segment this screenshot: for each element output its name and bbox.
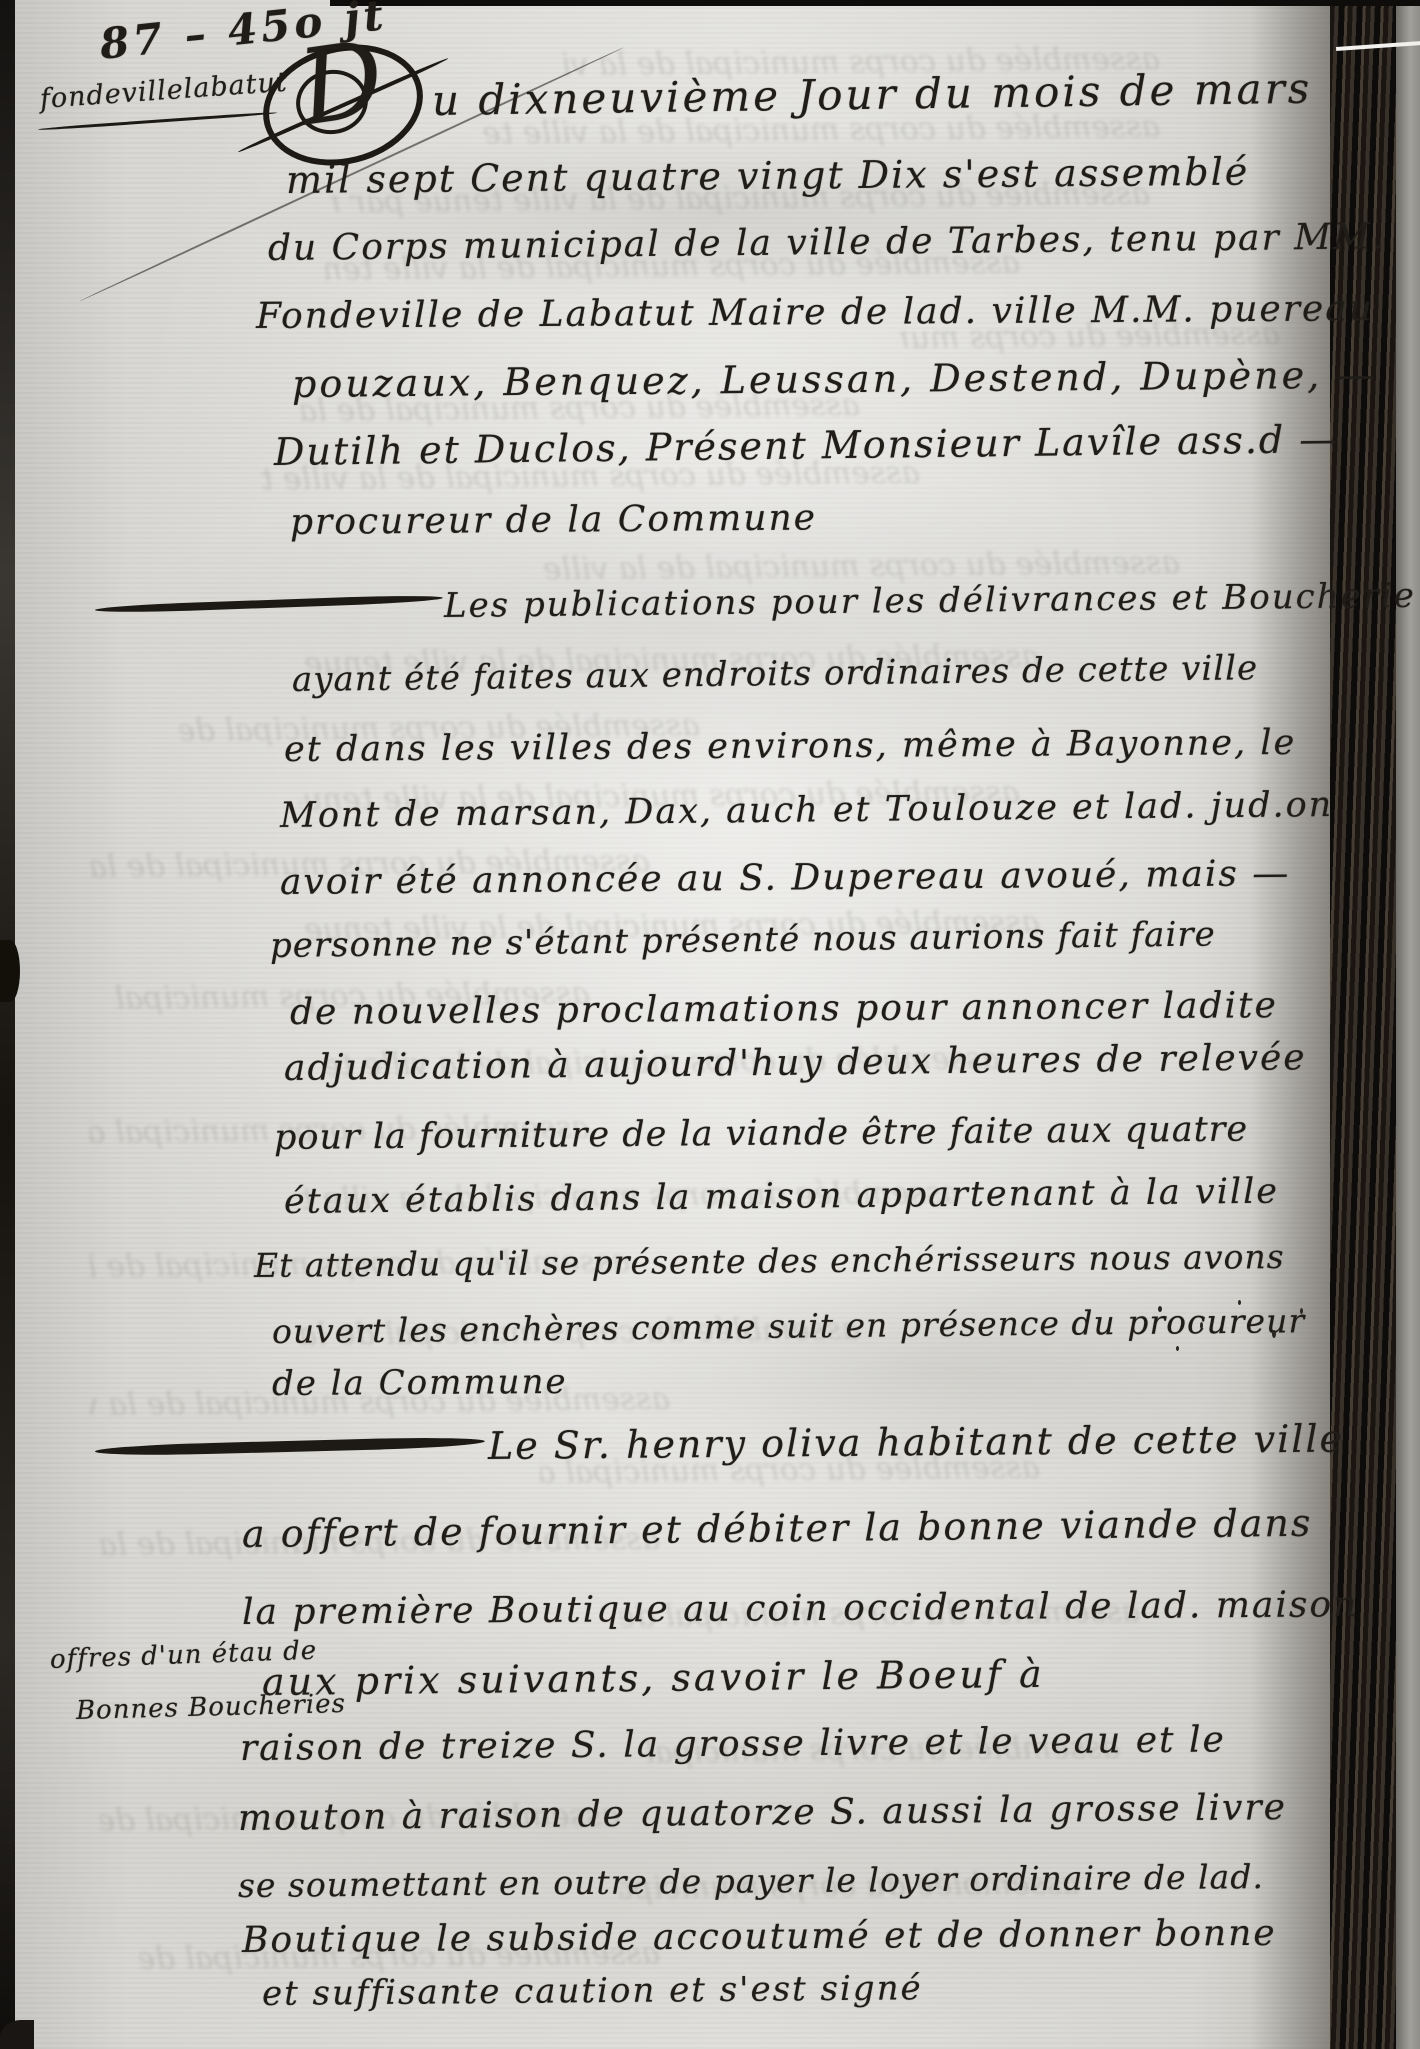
ink-speckle <box>1176 1346 1179 1351</box>
ink-speckle <box>1300 1308 1303 1314</box>
manuscript-line: mil sept Cent quatre vingt Dix s'est ass… <box>286 150 1250 202</box>
manuscript-photo: assemblée du corps municipal de la ville… <box>0 0 1420 2049</box>
manuscript-line: aux prix suivants, savoir le Boeuf à <box>262 1652 1045 1704</box>
manuscript-line: la première Boutique au coin occidental … <box>242 1584 1359 1633</box>
page-edge-right <box>1396 0 1420 2049</box>
manuscript-line: ouvert les enchères comme suit en présen… <box>272 1301 1306 1351</box>
manuscript-line: du Corps municipal de la ville de Tarbes… <box>268 216 1386 269</box>
ink-speckle <box>1238 1300 1241 1305</box>
manuscript-line: et dans les villes des environs, même à … <box>284 723 1297 770</box>
paragraph-flourish <box>95 594 443 614</box>
margin-note-line2: Bonnes Boucheries <box>76 1689 347 1726</box>
manuscript-line: adjudication à aujourd'huy deux heures d… <box>284 1037 1307 1089</box>
manuscript-line: se soumettant en outre de payer le loyer… <box>238 1857 1264 1905</box>
manuscript-line: de la Commune <box>272 1362 568 1404</box>
page-edge-top <box>330 0 1420 6</box>
manuscript-line: u dixneuvième Jour du mois de mars <box>432 64 1313 125</box>
book-edge-left-notch <box>0 940 20 1002</box>
signature-underline-flourish <box>38 111 278 131</box>
manuscript-line: étaux établis dans la maison appartenant… <box>284 1172 1279 1222</box>
manuscript-line: procureur de la Commune <box>290 497 817 543</box>
page-corner-bottom-left <box>0 2020 34 2049</box>
manuscript-line: pour la fourniture de la viande être fai… <box>274 1109 1248 1157</box>
initial-letter: D <box>292 17 392 149</box>
manuscript-line: personne ne s'étant présenté nous aurion… <box>270 914 1216 966</box>
manuscript-line: pouzaux, Benquez, Leussan, Destend, Dupè… <box>292 353 1379 406</box>
book-edge-left <box>0 0 15 2049</box>
ink-speckle <box>1158 1306 1162 1312</box>
manuscript-line: Fondeville de Labatut Maire de lad. vill… <box>256 288 1374 337</box>
ink-speckle <box>1272 1330 1276 1338</box>
manuscript-line: Mont de marsan, Dax, auch et Toulouze et… <box>280 785 1334 836</box>
manuscript-line: Le Sr. henry oliva habitant de cette vil… <box>488 1417 1344 1468</box>
manuscript-line: Et attendu qu'il se présente des enchéri… <box>254 1237 1285 1285</box>
paragraph-flourish <box>95 1436 485 1457</box>
manuscript-line: raison de treize S. la grosse livre et l… <box>240 1719 1226 1769</box>
manuscript-line: mouton à raison de quatorze S. aussi la … <box>238 1787 1287 1839</box>
margin-signature: fondevillelabatut <box>39 67 289 115</box>
manuscript-line: ayant été faites aux endroits ordinaires… <box>292 648 1259 700</box>
manuscript-line: Dutilh et Duclos, Présent Monsieur Lavîl… <box>274 417 1340 474</box>
manuscript-line: et suffisante caution et s'est signé <box>262 1968 923 2014</box>
manuscript-line: a offert de fournir et débiter la bonne … <box>242 1501 1313 1556</box>
manuscript-line: Boutique le subside accoutumé et de donn… <box>242 1913 1277 1961</box>
manuscript-line: avoir été annoncée au S. Dupereau avoué,… <box>280 853 1291 903</box>
ink-speckle <box>1200 1322 1203 1329</box>
manuscript-line: de nouvelles proclamations pour annoncer… <box>290 985 1278 1033</box>
